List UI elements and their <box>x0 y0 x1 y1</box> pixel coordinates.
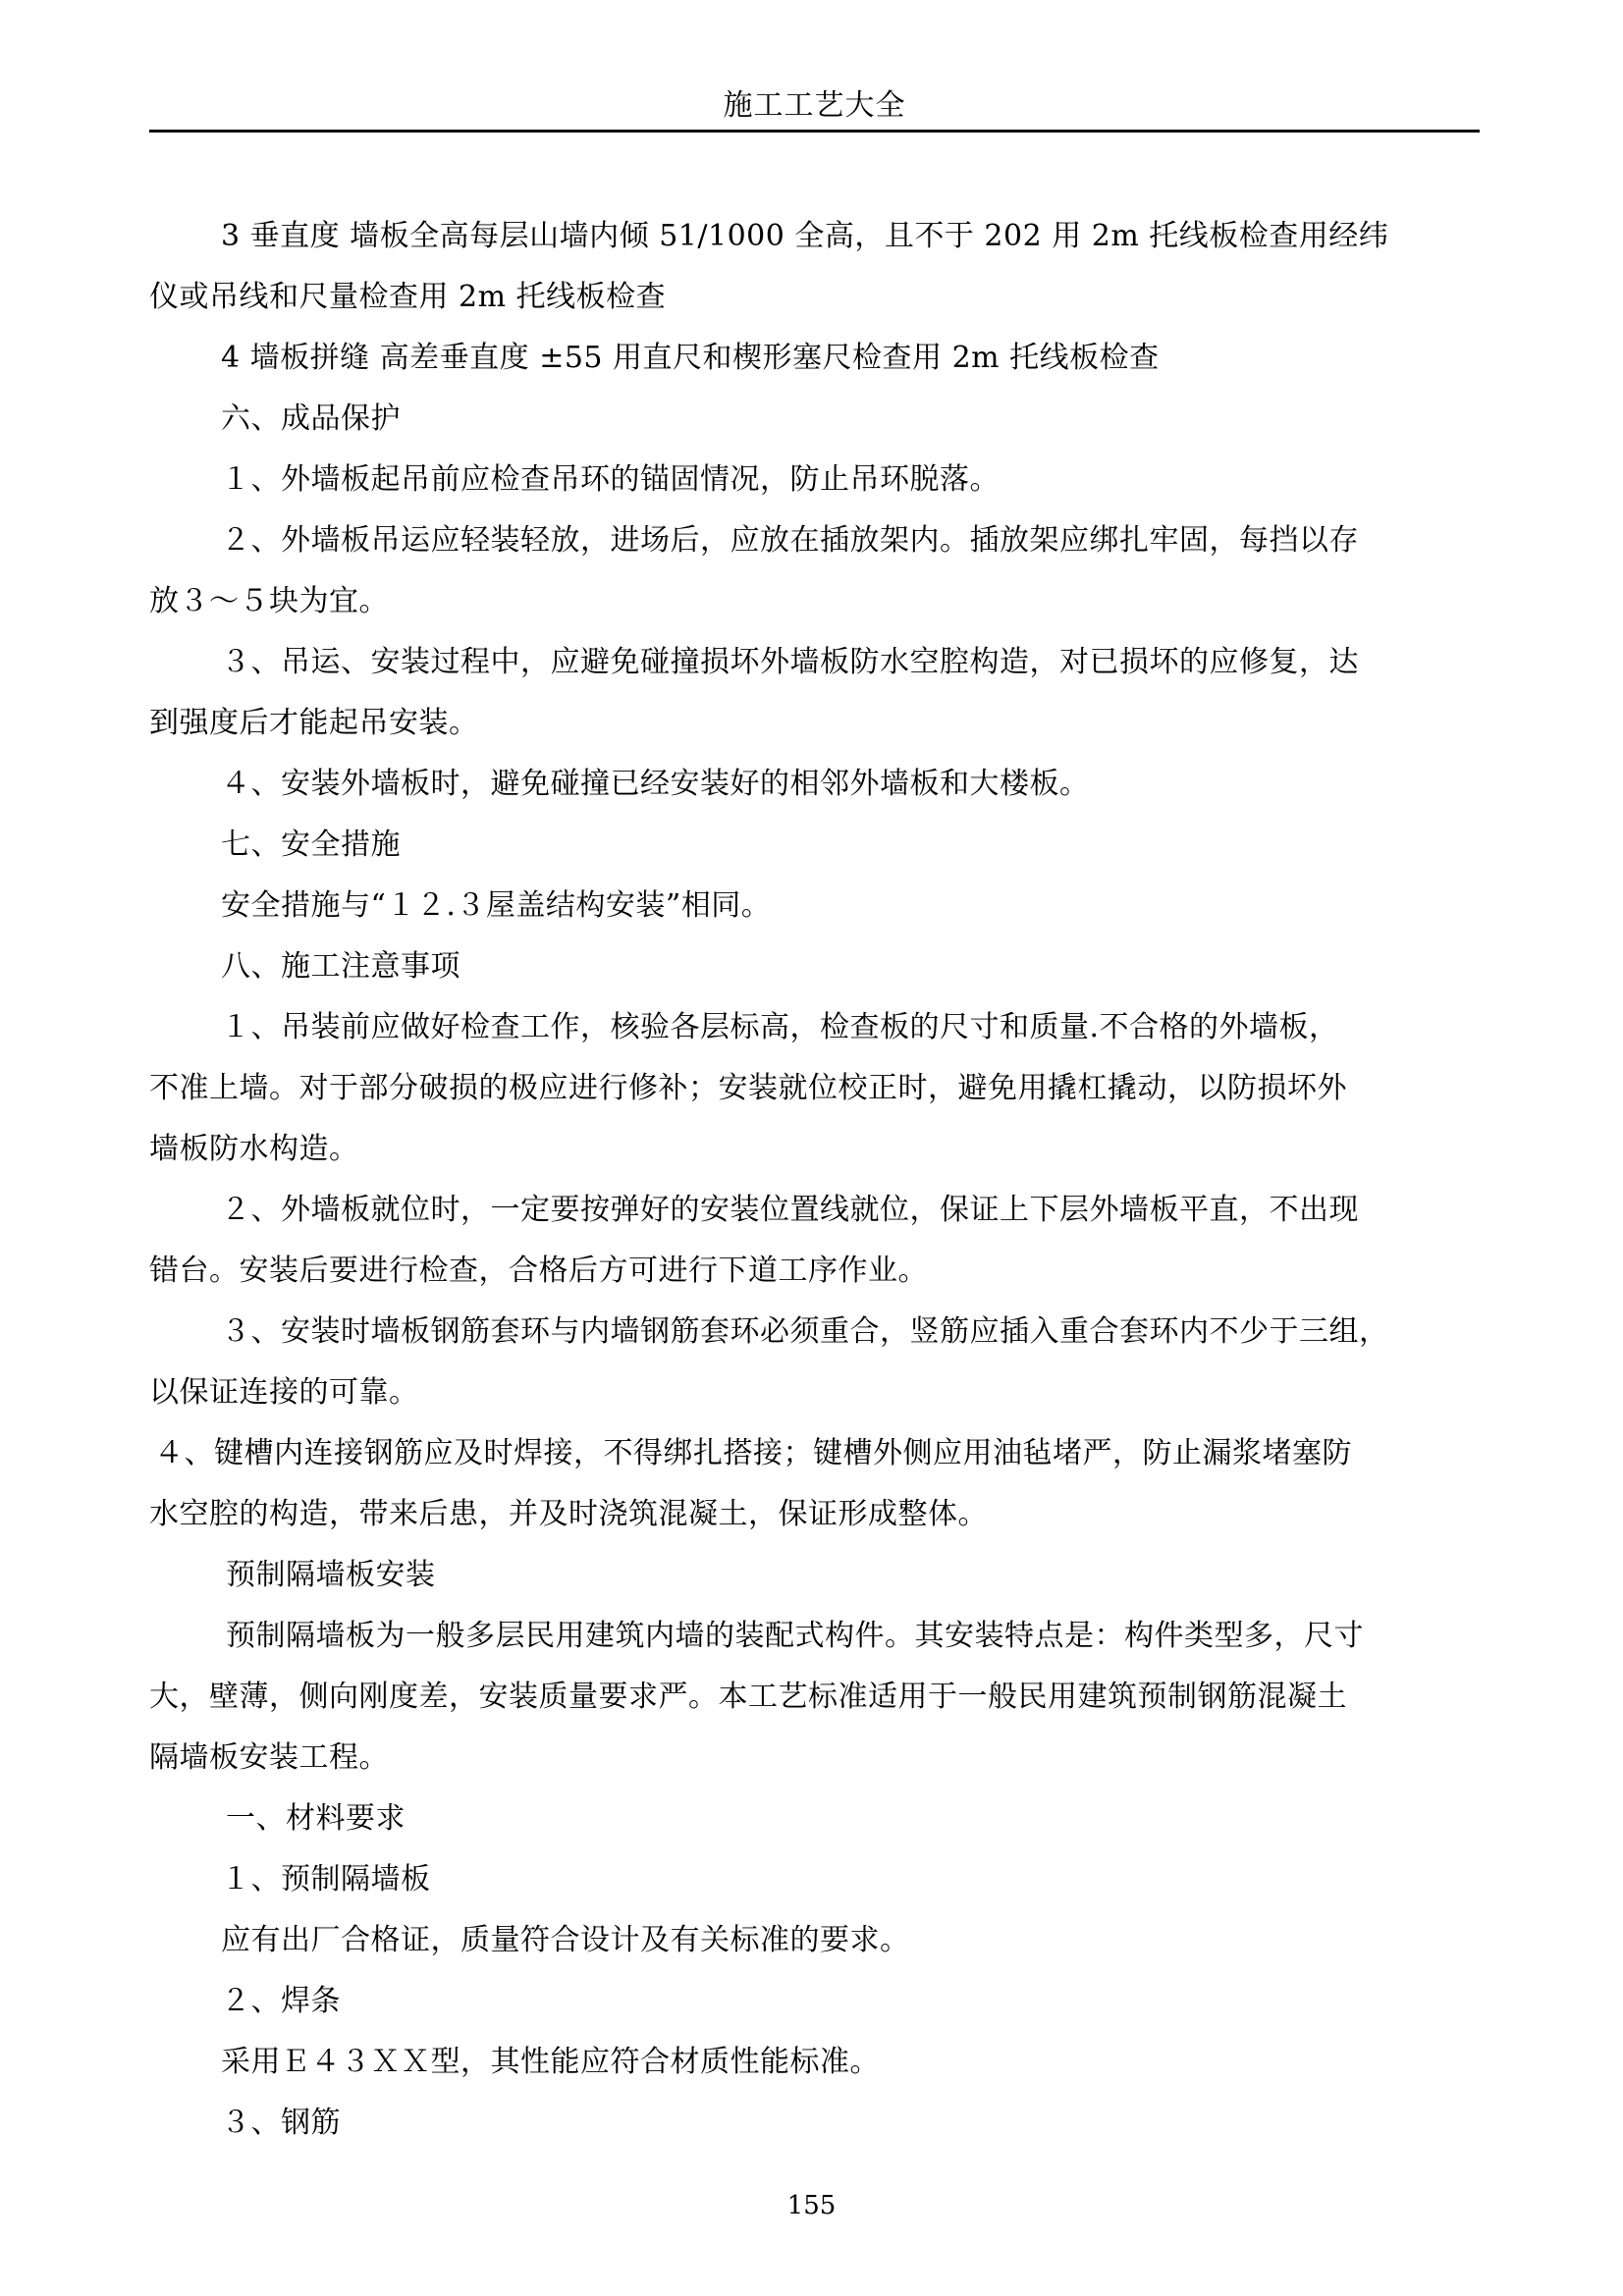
body-line: 到强度后才能起吊安装。 <box>149 693 1480 754</box>
running-header-title: 施工工艺大全 <box>149 84 1480 128</box>
body-line: 不准上墙。对于部分破损的极应进行修补；安装就位校正时，避免用撬杠撬动，以防损坏外 <box>149 1058 1480 1119</box>
subsection-heading: １、预制隔墙板 <box>149 1849 1480 1910</box>
body-line: １、吊装前应做好检查工作，核验各层标高，检查板的尺寸和质量.不合格的外墙板， <box>149 997 1480 1058</box>
document-body: 3 垂直度 墙板全高每层山墙内倾 51/1000 全高，且不于 202 用 2m… <box>149 206 1480 2154</box>
body-line: 水空腔的构造，带来后患，并及时浇筑混凝土，保证形成整体。 <box>149 1484 1480 1545</box>
body-line: 应有出厂合格证，质量符合设计及有关标准的要求。 <box>149 1910 1480 1971</box>
section-heading: 六、成品保护 <box>149 389 1480 450</box>
body-line: 预制隔墙板为一般多层民用建筑内墙的装配式构件。其安装特点是：构件类型多，尺寸 <box>149 1606 1480 1667</box>
section-title: 预制隔墙板安装 <box>149 1545 1480 1606</box>
body-line: 错台。安装后要进行检查，合格后方可进行下道工序作业。 <box>149 1241 1480 1302</box>
body-line: ２、外墙板吊运应轻装轻放，进场后，应放在插放架内。插放架应绑扎牢固，每挡以存 <box>149 510 1480 571</box>
body-line: 大，壁薄，侧向刚度差，安装质量要求严。本工艺标准适用于一般民用建筑预制钢筋混凝土 <box>149 1667 1480 1728</box>
section-heading: 一、材料要求 <box>149 1789 1480 1849</box>
page-number: 155 <box>0 2189 1623 2222</box>
body-line: 隔墙板安装工程。 <box>149 1728 1480 1789</box>
body-line: 放３～５块为宜。 <box>149 571 1480 632</box>
body-line: ４、键槽内连接钢筋应及时焊接，不得绑扎搭接；键槽外侧应用油毡堵严，防止漏浆堵塞防 <box>149 1423 1480 1484</box>
body-line: ３、安装时墙板钢筋套环与内墙钢筋套环必须重合，竖筋应插入重合套环内不少于三组， <box>149 1302 1480 1362</box>
body-line: 安全措施与“１２.３屋盖结构安装”相同。 <box>149 876 1480 936</box>
body-line: 采用Ｅ４３ＸＸ型，其性能应符合材质性能标准。 <box>149 2032 1480 2093</box>
body-line: 墙板防水构造。 <box>149 1119 1480 1180</box>
subsection-heading: ２、焊条 <box>149 1971 1480 2032</box>
section-heading: 八、施工注意事项 <box>149 936 1480 997</box>
body-line: 以保证连接的可靠。 <box>149 1362 1480 1423</box>
subsection-heading: ３、钢筋 <box>149 2093 1480 2154</box>
body-line: 3 垂直度 墙板全高每层山墙内倾 51/1000 全高，且不于 202 用 2m… <box>149 206 1480 267</box>
body-line: 仪或吊线和尺量检查用 2m 托线板检查 <box>149 267 1480 328</box>
body-line: １、外墙板起吊前应检查吊环的锚固情况，防止吊环脱落。 <box>149 450 1480 510</box>
body-line: ４、安装外墙板时，避免碰撞已经安装好的相邻外墙板和大楼板。 <box>149 754 1480 815</box>
section-heading: 七、安全措施 <box>149 815 1480 876</box>
header-divider <box>149 130 1480 133</box>
body-line: ２、外墙板就位时，一定要按弹好的安装位置线就位，保证上下层外墙板平直，不出现 <box>149 1180 1480 1241</box>
body-line: 4 墙板拼缝 高差垂直度 ±55 用直尺和楔形塞尺检查用 2m 托线板检查 <box>149 328 1480 389</box>
body-line: ３、吊运、安装过程中，应避免碰撞损坏外墙板防水空腔构造，对已损坏的应修复，达 <box>149 632 1480 693</box>
